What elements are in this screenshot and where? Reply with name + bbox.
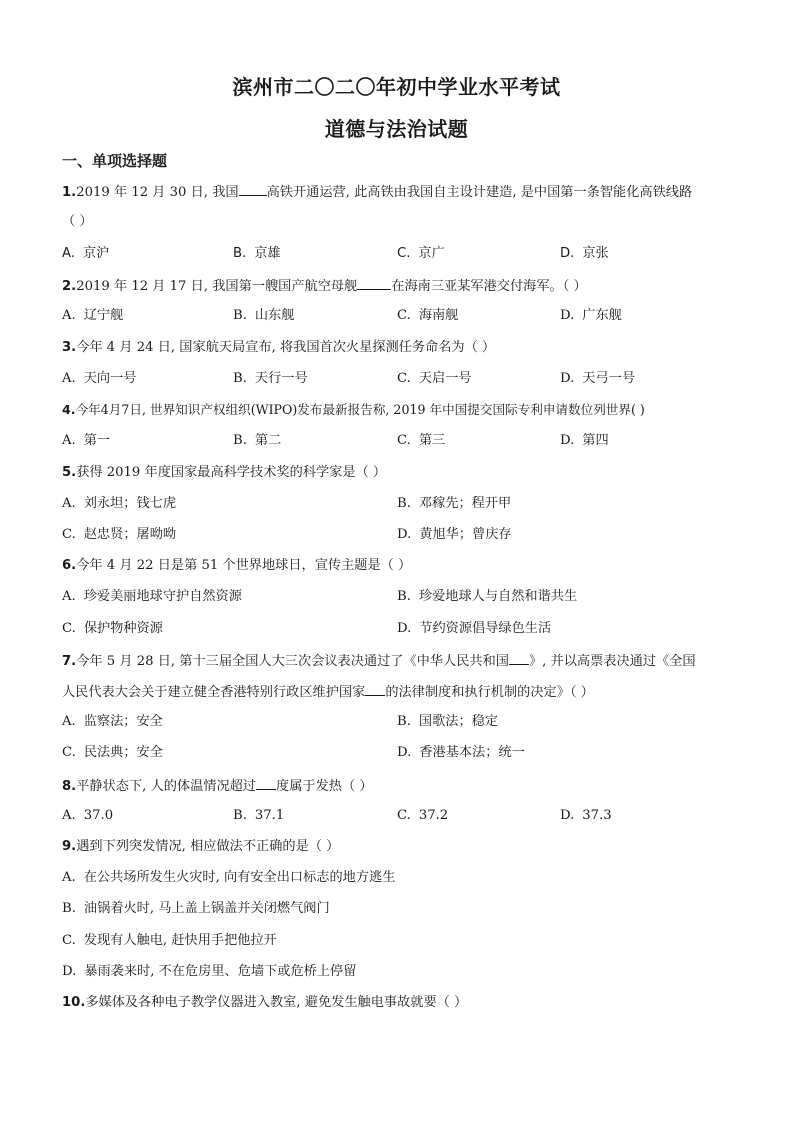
option-b: B.37.1 bbox=[233, 807, 284, 825]
section-heading: 一、单项选择题 bbox=[62, 150, 167, 171]
option-c: C.天启一号 bbox=[397, 370, 472, 388]
question-number: 5. bbox=[62, 465, 76, 480]
question-number: 9. bbox=[62, 839, 76, 854]
answer-blank bbox=[357, 276, 391, 290]
question-2: 2.2019 年 12 月 17 日, 我国第一艘国产航空母舰在海南三亚某军港交… bbox=[62, 276, 587, 296]
option-d: D.广东舰 bbox=[560, 307, 622, 325]
question-10: 10.多媒体及各种电子教学仪器进入教室, 避免发生触电事故就要（ ） bbox=[62, 994, 467, 1012]
option-c: C.发现有人触电, 赶快用手把他拉开 bbox=[62, 932, 277, 950]
option-c: C.海南舰 bbox=[397, 307, 458, 325]
question-number: 1. bbox=[62, 185, 76, 200]
question-number: 6. bbox=[62, 558, 76, 573]
option-a: A.监察法；安全 bbox=[62, 713, 163, 731]
option-b: B.珍爱地球人与自然和谐共生 bbox=[397, 588, 577, 606]
answer-blank bbox=[365, 682, 385, 696]
option-d: D.香港基本法；统一 bbox=[397, 744, 525, 762]
option-b: B.京雄 bbox=[233, 245, 281, 263]
question-number: 8. bbox=[62, 779, 76, 794]
option-a: A.第一 bbox=[62, 432, 110, 450]
answer-blank bbox=[239, 182, 267, 196]
question-5: 5.获得 2019 年度国家最高科学技术奖的科学家是（ ） bbox=[62, 464, 386, 482]
option-a: A.在公共场所发生火灾时, 向有安全出口标志的地方逃生 bbox=[62, 869, 395, 887]
question-number: 7. bbox=[62, 654, 76, 669]
question-number: 2. bbox=[62, 279, 76, 294]
option-b: B.第二 bbox=[233, 432, 281, 450]
option-c: C.京广 bbox=[397, 245, 445, 263]
question-number: 10. bbox=[62, 995, 85, 1010]
option-c: C.民法典；安全 bbox=[62, 744, 163, 762]
question-1: 1.2019 年 12 月 30 日, 我国高铁开通运营, 此高铁由我国自主设计… bbox=[62, 182, 692, 202]
option-d: D.京张 bbox=[560, 245, 609, 263]
option-a: A.37.0 bbox=[62, 807, 113, 825]
question-6: 6.今年 4 月 22 日是第 51 个世界地球日，宣传主题是（ ） bbox=[62, 557, 411, 575]
question-number: 4. bbox=[62, 402, 76, 417]
option-c: C.第三 bbox=[397, 432, 445, 450]
question-3: 3.今年 4 月 24 日, 国家航天局宣布, 将我国首次火星探测任务命名为（ … bbox=[62, 339, 495, 357]
question-9: 9.遇到下列突发情况, 相应做法不正确的是（ ） bbox=[62, 838, 339, 856]
document-subtitle: 道德与法治试题 bbox=[0, 113, 793, 142]
option-a: A.京沪 bbox=[62, 245, 109, 263]
option-b: B.山东舰 bbox=[233, 307, 294, 325]
option-c: C.保护物种资源 bbox=[62, 620, 163, 638]
answer-blank bbox=[509, 651, 529, 665]
option-b: B.油锅着火时, 马上盖上锅盖并关闭燃气阀门 bbox=[62, 900, 330, 918]
answer-blank bbox=[256, 776, 276, 790]
question-number: 3. bbox=[62, 340, 76, 355]
option-b: B.国歌法；稳定 bbox=[397, 713, 498, 731]
document-title: 滨州市二〇二〇年初中学业水平考试 bbox=[0, 71, 793, 100]
option-d: D.第四 bbox=[560, 432, 609, 450]
option-b: B.天行一号 bbox=[233, 370, 308, 388]
option-d: D.天弓一号 bbox=[560, 370, 635, 388]
question-8: 8.平静状态下, 人的体温情况超过度属于发热（ ） bbox=[62, 776, 373, 796]
option-d: D.节约资源倡导绿色生活 bbox=[397, 620, 551, 638]
option-c: C.赵忠贤；屠呦呦 bbox=[62, 526, 176, 544]
question-4: 4.今年4月7日, 世界知识产权组织(WIPO)发布最新报告称, 2019 年中… bbox=[62, 401, 645, 419]
option-a: A.刘永坦；钱七虎 bbox=[62, 495, 176, 513]
question-1-paren: （ ） bbox=[62, 213, 93, 231]
question-7: 7.今年 5 月 28 日, 第十三届全国人大三次会议表决通过了《中华人民共和国… bbox=[62, 651, 696, 671]
option-b: B.邓稼先；程开甲 bbox=[397, 495, 511, 513]
option-d: D.37.3 bbox=[560, 807, 612, 825]
question-7-line-2: 人民代表大会关于建立健全香港特别行政区维护国家的法律制度和执行机制的决定》（ ） bbox=[62, 682, 594, 702]
option-d: D.黄旭华；曾庆存 bbox=[397, 526, 512, 544]
option-c: C.37.2 bbox=[397, 807, 448, 825]
option-a: A.天向一号 bbox=[62, 370, 136, 388]
option-d: D.暴雨袭来时, 不在危房里、危墙下或危桥上停留 bbox=[62, 963, 356, 981]
option-a: A.珍爱美丽地球守护自然资源 bbox=[62, 588, 242, 606]
option-a: A.辽宁舰 bbox=[62, 307, 123, 325]
